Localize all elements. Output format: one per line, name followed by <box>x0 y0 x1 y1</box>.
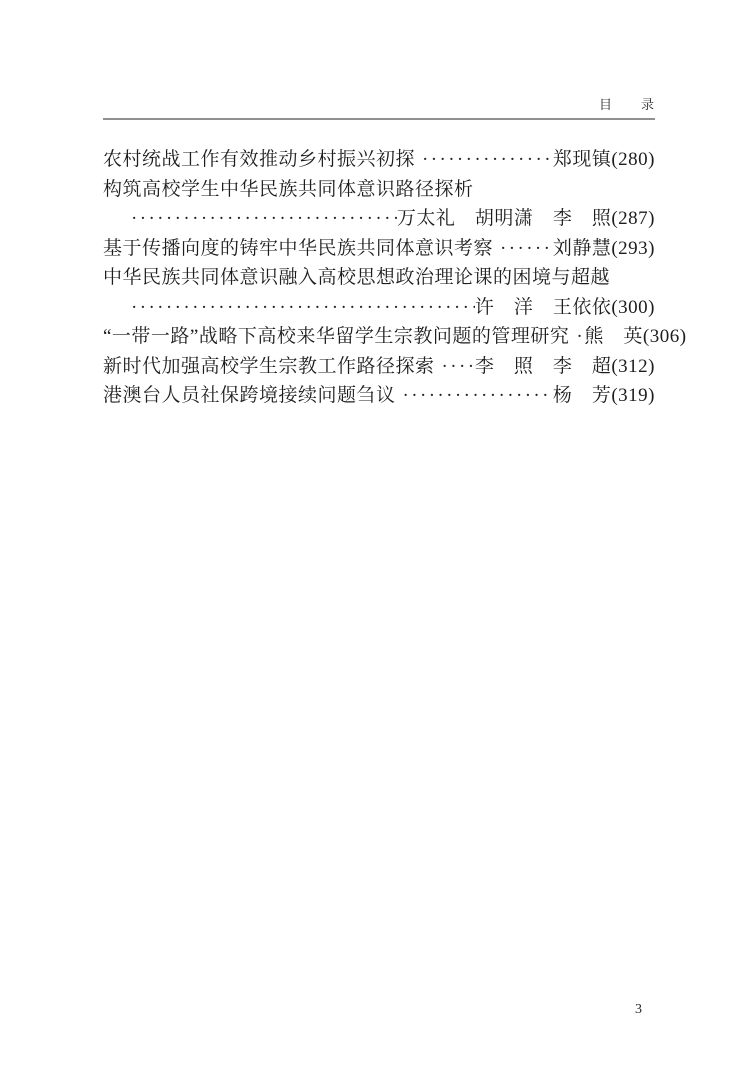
toc-entry-continuation-row: ········································… <box>103 293 655 323</box>
toc-entry-page: (300) <box>611 293 655 323</box>
toc-entry-page: (280) <box>611 145 655 175</box>
dot-leader: ········································… <box>569 322 584 352</box>
page-number: 3 <box>635 1002 642 1017</box>
toc-entry-page: (312) <box>611 352 655 382</box>
toc-entry: 农村统战工作有效推动乡村振兴初探 ·······················… <box>103 145 655 175</box>
toc-entry: 新时代加强高校学生宗教工作路径探索 ······················… <box>103 352 655 382</box>
document-page: 目 录 农村统战工作有效推动乡村振兴初探 ···················… <box>0 0 750 1084</box>
toc-entry-authors: 许 洋 王依依 <box>475 293 612 323</box>
toc-entry-authors: 刘静慧 <box>553 234 612 264</box>
toc-entry: 港澳台人员社保跨境接续问题刍议 ························… <box>103 381 655 411</box>
toc-entry-authors: 杨 芳 <box>553 381 612 411</box>
dot-leader: ········································… <box>435 352 475 382</box>
toc-entry-page: (319) <box>611 381 655 411</box>
toc-entry-authors: 郑现镇 <box>553 145 612 175</box>
toc-entry-continuation-row: ········································… <box>103 204 655 234</box>
toc-entry: “一带一路”战略下高校来华留学生宗教问题的管理研究 ··············… <box>103 322 655 352</box>
dot-leader: ········································… <box>415 145 553 175</box>
toc-entry-authors: 熊 英 <box>584 322 643 352</box>
toc-entry-authors: 万太礼 胡明潇 李 照 <box>397 204 612 234</box>
toc-entry-title-row: 中华民族共同体意识融入高校思想政治理论课的困境与超越 <box>103 263 655 293</box>
toc-entry-page: (306) <box>643 322 687 352</box>
toc-entry-title: 中华民族共同体意识融入高校思想政治理论课的困境与超越 <box>103 263 610 293</box>
dot-leader: ········································… <box>396 381 553 411</box>
toc-entry-title: 农村统战工作有效推动乡村振兴初探 <box>103 145 415 175</box>
toc-entry: 基于传播向度的铸牢中华民族共同体意识考察 ···················… <box>103 234 655 264</box>
toc-entry-title: 构筑高校学生中华民族共同体意识路径探析 <box>103 175 474 205</box>
toc-entry-title-row: 构筑高校学生中华民族共同体意识路径探析 <box>103 175 655 205</box>
toc-entry-authors: 李 照 李 超 <box>475 352 612 382</box>
continuation-indent <box>103 204 124 234</box>
toc-entry-page: (287) <box>611 204 655 234</box>
page-header: 目 录 <box>103 97 655 120</box>
toc-entry-title: 基于传播向度的铸牢中华民族共同体意识考察 <box>103 234 493 264</box>
dot-leader: ········································… <box>493 234 553 264</box>
page-footer: 3 <box>635 1001 642 1019</box>
toc-entry-page: (293) <box>611 234 655 264</box>
dot-leader: ········································… <box>124 204 397 234</box>
toc-entry-title: 港澳台人员社保跨境接续问题刍议 <box>103 381 396 411</box>
header-title: 目 录 <box>599 97 655 112</box>
toc-entry-title: “一带一路”战略下高校来华留学生宗教问题的管理研究 <box>103 322 569 352</box>
toc-entry-title: 新时代加强高校学生宗教工作路径探索 <box>103 352 435 382</box>
toc-list: 农村统战工作有效推动乡村振兴初探 ·······················… <box>103 145 655 411</box>
continuation-indent <box>103 293 124 323</box>
dot-leader: ········································… <box>124 293 475 323</box>
